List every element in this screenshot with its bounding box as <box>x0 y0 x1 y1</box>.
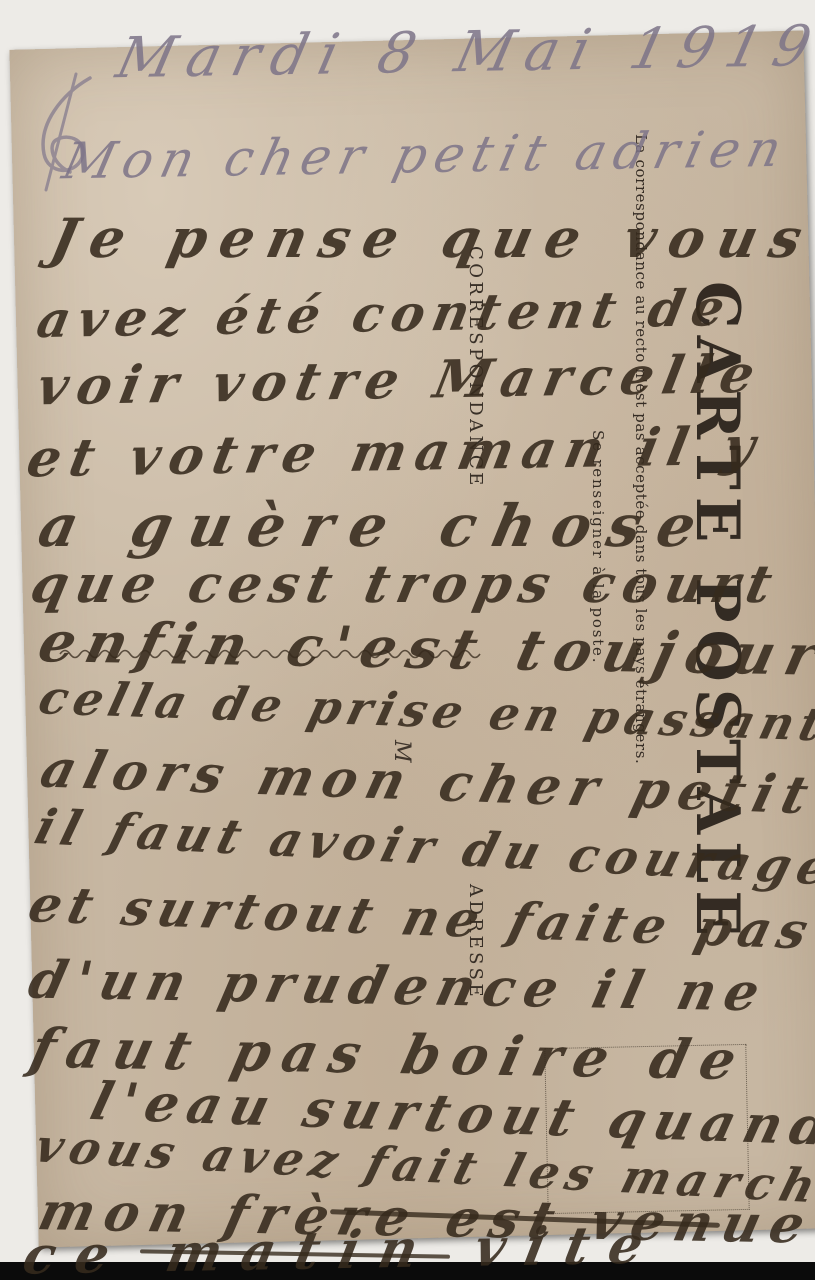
ink-line: Je pense que vous <box>45 206 815 270</box>
wavy-underline <box>58 646 488 660</box>
ink-line: et votre maman il y <box>22 415 769 489</box>
ink-line: d'un prudence il ne <box>23 950 774 1024</box>
ink-line: que cest trops court <box>26 554 786 615</box>
pencil-line-date: Mardi 8 Mai 1919 <box>111 14 815 92</box>
ink-line: voir votre Marcelle <box>32 344 768 418</box>
scanned-postcard-back: La correspondance au recto n'est pas acc… <box>0 0 815 1280</box>
ink-line: a guère chose <box>33 492 719 560</box>
ink-line: avez été content de <box>32 278 737 349</box>
ink-line: ce matin vite <box>18 1214 668 1280</box>
